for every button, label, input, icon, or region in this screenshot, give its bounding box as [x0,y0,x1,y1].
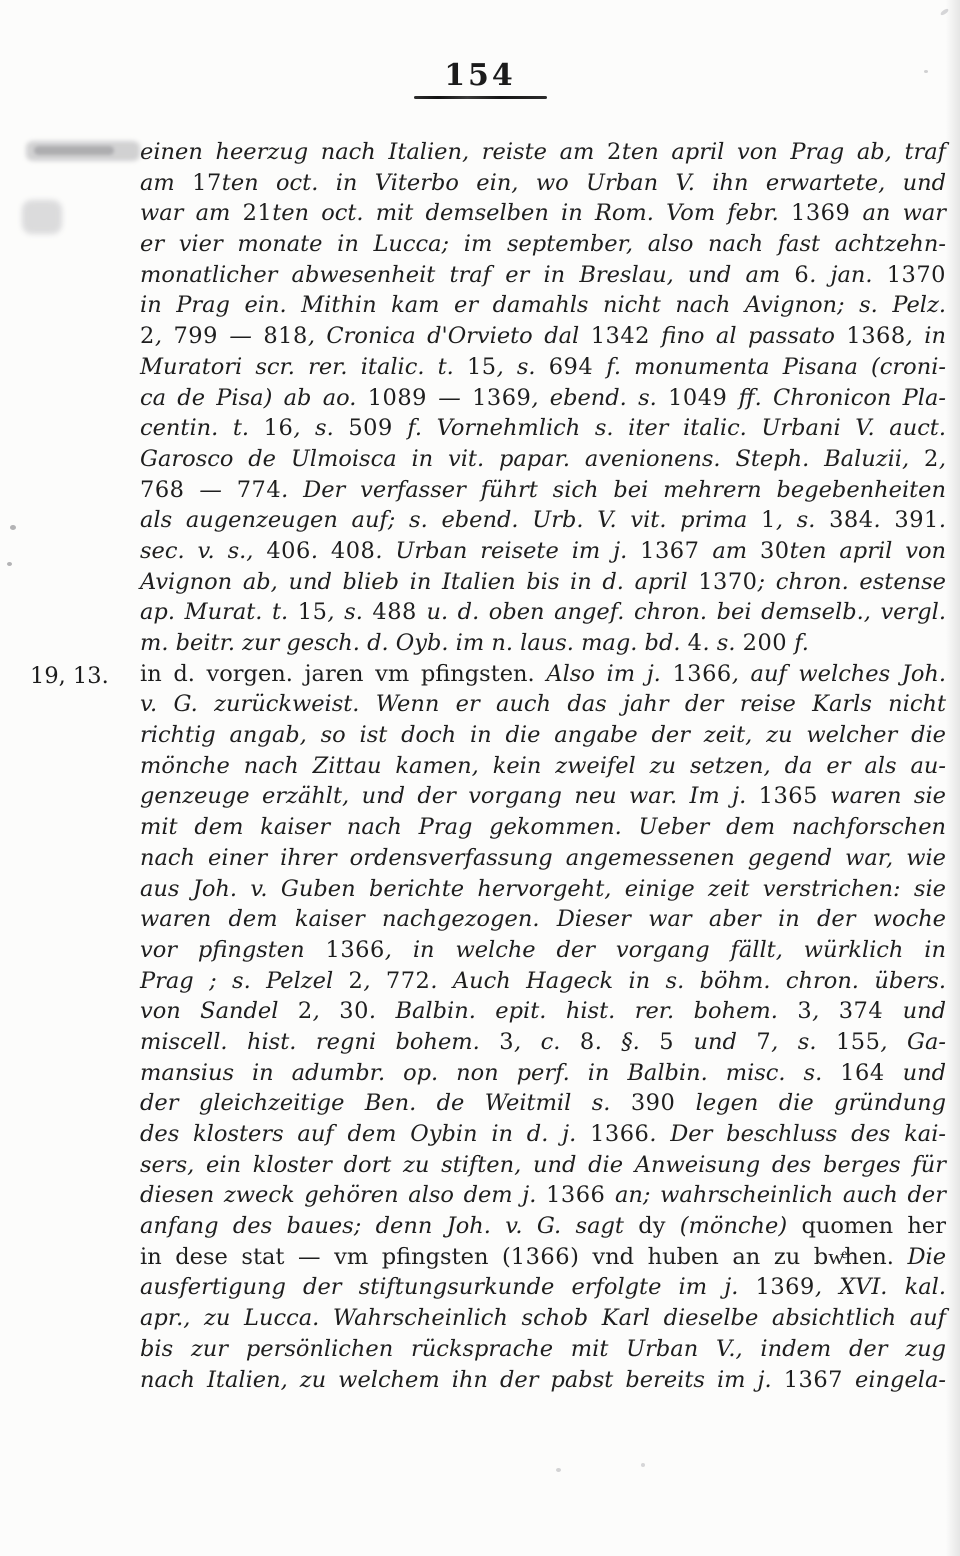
text-segment: — [184,477,236,503]
text-segment: f. [787,630,809,656]
text-segment: ten oct. in Viterbo ein, wo Urban V. ihn… [222,170,946,196]
text-segment: Prag ; s. Pelzel [140,968,349,994]
text-segment: . Auch Hageck in s. böhm. chron. übers. [430,968,946,994]
text-segment: u. d. oben angef. chron. bei demselb., v… [417,599,946,625]
text-segment: ) vnd huben an zu bwͤhen. [570,1244,907,1270]
text-segment: monatlicher abwesenheit traf er in Bresl… [140,262,794,288]
text-segment: 408 [331,538,375,564]
text-line: ca de Pisa) ab ao. 1089 — 1369, ebend. s… [140,383,946,414]
text-segment: . jan. [809,262,887,288]
text-segment: quomen her [801,1213,946,1239]
text-segment: ausfertigung der stiftungsurkunde erfolg… [140,1274,756,1300]
text-segment: , [939,446,946,472]
text-segment: sers, ein kloster dort zu stiften, und d… [140,1152,946,1178]
text-segment: 16 [264,415,294,441]
text-line: Muratori scr. rer. italic. t. 15, s. 694… [140,352,946,383]
text-line: am 17ten oct. in Viterbo ein, wo Urban V… [140,168,946,199]
ink-smudge [26,141,140,161]
text-segment: 2 [140,323,155,349]
text-segment: , s. [293,415,348,441]
text-block: einen heerzug nach Italien, reiste am 2t… [140,137,946,1395]
text-line: mansius in adumbr. op. non perf. in Balb… [140,1058,946,1089]
text-segment: 1049 [668,385,727,411]
text-line: ap. Murat. t. 15, s. 488 u. d. oben ange… [140,597,946,628]
text-segment: und [883,998,946,1024]
text-segment: 4 [688,630,703,656]
scan-speck [7,562,12,566]
text-segment: 3 [499,1029,514,1055]
text-segment: , in welche der vorgang fällt, würklich … [385,937,946,963]
text-segment: . Der beschluss des kai- [649,1121,946,1147]
text-segment: ap. Murat. t. [140,599,298,625]
text-segment: , auf welches Joh. [732,661,946,687]
text-segment: 8 [580,1029,595,1055]
text-line: er vier monate in Lucca; im september, a… [140,229,946,260]
text-line: bis zur persönlichen rücksprache mit Urb… [140,1334,946,1365]
text-segment: 374 [839,998,883,1024]
text-segment: 818 [263,323,307,349]
text-line: diesen zweck gehören also dem j. 1366 an… [140,1180,946,1211]
text-segment: 390 [631,1090,675,1116]
text-segment: 15 [467,354,497,380]
text-segment: mönche nach Zittau kamen, kein zweifel z… [140,753,946,779]
text-segment: dy [638,1213,679,1239]
text-segment: 1370 [698,569,757,595]
text-segment: vor pfingsten [140,937,326,963]
text-line: m. beitr. zur gesch. d. Oyb. im n. laus.… [140,628,946,659]
text-segment: nach Italien, zu welchem ihn der pabst b… [140,1367,784,1393]
text-segment: m. beitr. zur gesch. d. Oyb. im n. laus.… [140,630,688,656]
text-segment: nach einer ihrer ordensverfassung angeme… [140,845,946,871]
text-line: miscell. hist. regni bohem. 3, c. 8. §. … [140,1027,946,1058]
text-segment: ten april von [790,538,946,564]
text-segment: 1342 [591,323,650,349]
text-segment: 391 [894,507,938,533]
text-segment: anfang des baues; denn Joh. v. G. sagt [140,1213,638,1239]
text-line: Avignon ab, und blieb in Italien bis in … [140,567,946,598]
text-segment: . Balbin. epit. hist. rer. bohem. [369,998,797,1024]
text-segment: — [427,385,472,411]
text-segment: , s. [776,507,829,533]
text-segment: 772 [386,968,430,994]
scan-speck [940,8,950,16]
text-segment: , in [906,323,946,349]
text-segment: . [939,507,946,533]
text-segment: 30 [760,538,790,564]
text-line: sers, ein kloster dort zu stiften, und d… [140,1150,946,1181]
page-header: 154 [0,58,960,93]
text-segment: waren sie [818,783,946,809]
text-segment: in d. vorgen. jaren vm pfingsten. [140,661,546,687]
text-segment: 3 [797,998,812,1024]
margin-note: 19, 13. [30,661,140,692]
text-segment: und [885,1060,946,1086]
text-segment: , [155,323,174,349]
text-segment: , XVI. kal. [815,1274,946,1300]
text-segment: des klosters auf dem Oybin in d. j. [140,1121,590,1147]
text-segment: 1366 [511,1244,570,1270]
text-segment: legen die gründung [675,1090,946,1116]
scan-speck [556,1468,561,1472]
text-segment: bis zur persönlichen rücksprache mit Urb… [140,1336,946,1362]
text-segment: . Urban reisete im j. [375,538,640,564]
text-line: v. G. zurückweist. Wenn er auch das jahr… [140,689,946,720]
text-segment: mit dem kaiser nach Prag gekommen. Ueber… [140,814,946,840]
ink-smudge [22,200,62,234]
text-line: mit dem kaiser nach Prag gekommen. Ueber… [140,812,946,843]
text-segment: 1369 [791,200,850,226]
text-line: war am 21ten oct. mit demselben in Rom. … [140,198,946,229]
text-segment: waren dem kaiser nachgezogen. Dieser war… [140,906,946,932]
text-segment: . [311,538,331,564]
text-segment: ff. Chronicon Pla- [727,385,946,411]
text-line: als augenzeugen auf; s. ebend. Urb. V. v… [140,505,946,536]
text-segment: 17 [192,170,222,196]
text-segment: richtig angab, so ist doch in die angabe… [140,722,946,748]
text-segment: , s. [771,1029,836,1055]
text-line: des klosters auf dem Oybin in d. j. 1366… [140,1119,946,1150]
text-line: nach einer ihrer ordensverfassung angeme… [140,843,946,874]
text-segment: v. G. zurückweist. Wenn er auch das jahr… [140,691,946,717]
text-segment: Avignon ab, und blieb in Italien bis in … [140,569,698,595]
text-segment: . s. [703,630,743,656]
page-number-rule [414,96,547,99]
text-segment: 15 [298,599,328,625]
text-segment: Muratori scr. rer. italic. t. [140,354,467,380]
scan-speck [641,1463,645,1467]
text-line: centin. t. 16, s. 509 f. Vornehmlich s. … [140,413,946,444]
ink-smudge [34,146,114,155]
text-segment: in Prag ein. Mithin kam er damahls nicht… [140,292,946,318]
text-segment: , s. [497,354,549,380]
text-segment: 1367 [640,538,699,564]
text-segment: 1366 [590,1121,649,1147]
text-line: sec. v. s., 406. 408. Urban reisete im j… [140,536,946,567]
text-segment: , c. [514,1029,580,1055]
text-segment: 7 [756,1029,771,1055]
text-segment: er vier monate in Lucca; im september, a… [140,231,946,257]
text-segment: 5 [659,1029,674,1055]
text-segment: f. monumenta Pisana (croni- [593,354,946,380]
text-segment: ; chron. estense [757,569,946,595]
text-line: mönche nach Zittau kamen, kein zweifel z… [140,751,946,782]
text-segment: 1365 [759,783,818,809]
text-segment: Die [907,1244,946,1270]
text-segment: — [218,323,263,349]
text-line: monatlicher abwesenheit traf er in Bresl… [140,260,946,291]
text-line: der gleichzeitige Ben. de Weitmil s. 390… [140,1088,946,1119]
text-segment: 694 [549,354,593,380]
scanned-book-page: 154 19, 13. einen heerzug nach Italien, … [0,0,960,1556]
scan-speck [10,525,16,530]
text-segment: in dese stat — vm pfingsten ( [140,1244,511,1270]
text-line: Garosco de Ulmoisca in vit. papar. aveni… [140,444,946,475]
text-line: ausfertigung der stiftungsurkunde erfolg… [140,1272,946,1303]
text-segment: , Cronica d'Orvieto dal [308,323,591,349]
text-segment: ca de Pisa) ab ao. [140,385,368,411]
text-segment: 1370 [887,262,946,288]
text-segment: . §. [595,1029,659,1055]
text-segment: sec. v. s., [140,538,266,564]
text-line: von Sandel 2, 30. Balbin. epit. hist. re… [140,996,946,1027]
text-segment: , s. [327,599,372,625]
text-segment: von Sandel [140,998,298,1024]
text-segment: 1367 [784,1367,843,1393]
text-segment: 1 [761,507,776,533]
text-line: genzeuge erzählt, und der vorgang neu wa… [140,781,946,812]
text-line: apr., zu Lucca. Wahrscheinlich schob Kar… [140,1303,946,1334]
text-segment: ten april von Prag ab, traf [622,139,946,165]
text-segment: fino al passato [650,323,846,349]
text-line: nach Italien, zu welchem ihn der pabst b… [140,1365,946,1396]
text-segment: 200 [743,630,787,656]
text-segment: 30 [339,998,369,1024]
text-segment: am [699,538,760,564]
text-segment: f. Vornehmlich s. iter italic. Urbani V.… [393,415,946,441]
text-segment: der gleichzeitige Ben. de Weitmil s. [140,1090,631,1116]
text-line: in Prag ein. Mithin kam er damahls nicht… [140,290,946,321]
text-segment: 1089 [368,385,427,411]
text-segment: 384 [829,507,873,533]
text-line: aus Joh. v. Guben berichte hervorgeht, e… [140,874,946,905]
scan-edge-shadow [944,0,960,1556]
text-line: Prag ; s. Pelzel 2, 772. Auch Hageck in … [140,966,946,997]
text-segment: 1369 [472,385,531,411]
text-segment: 2 [298,998,313,1024]
text-segment: 2 [607,139,622,165]
text-segment: , ebend. s. [531,385,668,411]
text-segment: 155 [836,1029,880,1055]
text-segment: 509 [348,415,392,441]
text-line: vor pfingsten 1366, in welche der vorgan… [140,935,946,966]
text-segment: apr., zu Lucca. Wahrscheinlich schob Kar… [140,1305,946,1331]
text-segment: 2 [924,446,939,472]
text-segment: 768 [140,477,184,503]
text-segment: 21 [243,200,273,226]
text-segment: und [674,1029,756,1055]
text-segment: 164 [840,1060,884,1086]
text-segment: an war [850,200,946,226]
text-segment: mansius in adumbr. op. non perf. in Balb… [140,1060,840,1086]
page-number: 154 [0,58,960,93]
text-line: richtig angab, so ist doch in die angabe… [140,720,946,751]
text-segment: 1366 [326,937,385,963]
text-segment: , [363,968,386,994]
text-segment: Also im j. [546,661,672,687]
text-segment: war am [140,200,243,226]
text-segment: 1368 [846,323,905,349]
text-segment: 406 [266,538,310,564]
text-segment: (mönche) [680,1213,802,1239]
text-segment: genzeuge erzählt, und der vorgang neu wa… [140,783,759,809]
text-segment: centin. t. [140,415,264,441]
text-segment: , [812,998,839,1024]
text-segment: 799 [173,323,217,349]
text-segment: Garosco de Ulmoisca in vit. papar. aveni… [140,446,924,472]
text-segment: , Ga- [880,1029,946,1055]
text-segment: diesen zweck gehören also dem j. [140,1182,546,1208]
text-line: in dese stat — vm pfingsten (1366) vnd h… [140,1242,946,1273]
text-line: anfang des baues; denn Joh. v. G. sagt d… [140,1211,946,1242]
text-segment: 1366 [672,661,731,687]
text-segment: 6 [794,262,809,288]
text-segment: 774 [237,477,281,503]
text-segment: als augenzeugen auf; s. ebend. Urb. V. v… [140,507,761,533]
text-line: 2, 799 — 818, Cronica d'Orvieto dal 1342… [140,321,946,352]
text-segment: einen heerzug nach Italien, reiste am [140,139,607,165]
text-segment: aus Joh. v. Guben berichte hervorgeht, e… [140,876,946,902]
text-line: in d. vorgen. jaren vm pfingsten. Also i… [140,659,946,690]
text-line: einen heerzug nach Italien, reiste am 2t… [140,137,946,168]
text-line: waren dem kaiser nachgezogen. Dieser war… [140,904,946,935]
text-segment: 1366 [546,1182,605,1208]
text-segment: ten oct. mit demselben in Rom. Vom febr. [272,200,791,226]
text-segment: am [140,170,192,196]
text-segment: eingela- [843,1367,946,1393]
text-segment: , [313,998,340,1024]
text-segment: 488 [372,599,416,625]
text-segment: . Der verfasser führt sich bei mehrern b… [281,477,946,503]
text-line: 768 — 774. Der verfasser führt sich bei … [140,475,946,506]
text-segment: . [874,507,895,533]
text-segment: an; wahrscheinlich auch der [605,1182,946,1208]
text-segment: 2 [349,968,364,994]
text-segment: 1369 [756,1274,815,1300]
text-segment: miscell. hist. regni bohem. [140,1029,499,1055]
